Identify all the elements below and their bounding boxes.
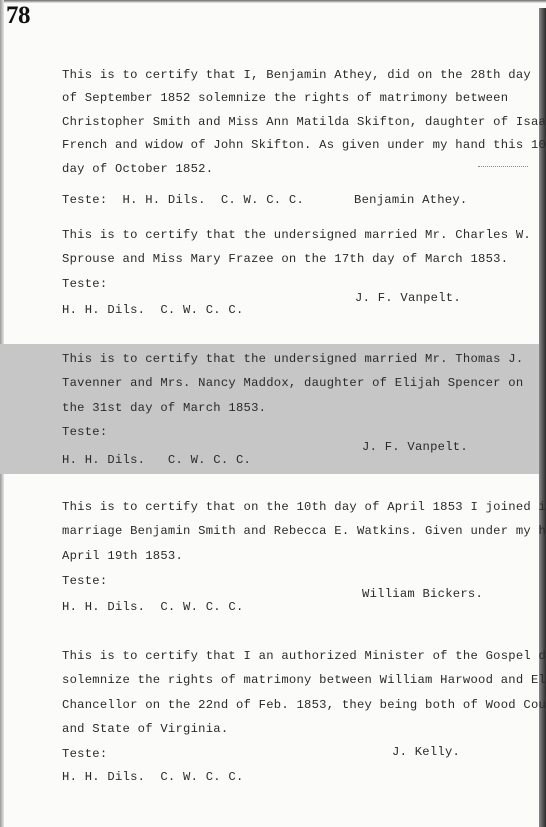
- entry-line: Christopher Smith and Miss Ann Matilda S…: [62, 115, 546, 129]
- officiant-signature: J. Kelly.: [392, 745, 460, 759]
- page-top-edge: [0, 0, 546, 3]
- witness-line: H. H. Dils. C. W. C. C.: [62, 600, 244, 614]
- entry-line: Chancellor on the 22nd of Feb. 1853, the…: [62, 698, 546, 712]
- ink-smudge: [478, 166, 528, 169]
- officiant-signature: J. F. Vanpelt.: [355, 291, 461, 305]
- teste-line: Teste: H. H. Dils. C. W. C. C.: [62, 193, 304, 207]
- entry-line: solemnize the rights of matrimony betwee…: [62, 673, 546, 687]
- entry-line: of September 1852 solemnize the rights o…: [62, 91, 508, 105]
- entry-line: This is to certify that I, Benjamin Athe…: [62, 68, 531, 82]
- entry-line: day of October 1852.: [62, 162, 213, 176]
- entry-line: This is to certify that on the 10th day …: [62, 500, 546, 514]
- witness-line: H. H. Dils. C. W. C. C.: [62, 303, 244, 317]
- entry-line: marriage Benjamin Smith and Rebecca E. W…: [62, 524, 546, 538]
- teste-label: Teste:: [62, 277, 107, 291]
- entry-line: the 31st day of March 1853.: [62, 401, 266, 415]
- officiant-signature: Benjamin Athey.: [354, 193, 467, 207]
- teste-label: Teste:: [62, 747, 107, 761]
- page-number: 78: [6, 2, 30, 30]
- entry-line: This is to certify that I an authorized …: [62, 649, 546, 663]
- entry-line: French and widow of John Skifton. As giv…: [62, 138, 546, 152]
- witness-line: H. H. Dils. C. W. C. C.: [62, 453, 251, 467]
- witness-line: H. H. Dils. C. W. C. C.: [62, 770, 244, 784]
- officiant-signature: J. F. Vanpelt.: [362, 440, 468, 454]
- teste-label: Teste:: [62, 425, 107, 439]
- entry-line: This is to certify that the undersigned …: [62, 352, 523, 366]
- entry-line: April 19th 1853.: [62, 549, 183, 563]
- entry-line: and State of Virginia.: [62, 722, 228, 736]
- entry-line: Sprouse and Miss Mary Frazee on the 17th…: [62, 252, 508, 266]
- entry-line: This is to certify that the undersigned …: [62, 228, 531, 242]
- teste-label: Teste:: [62, 574, 107, 588]
- entry-line: Tavenner and Mrs. Nancy Maddox, daughter…: [62, 376, 523, 390]
- officiant-signature: William Bickers.: [362, 587, 483, 601]
